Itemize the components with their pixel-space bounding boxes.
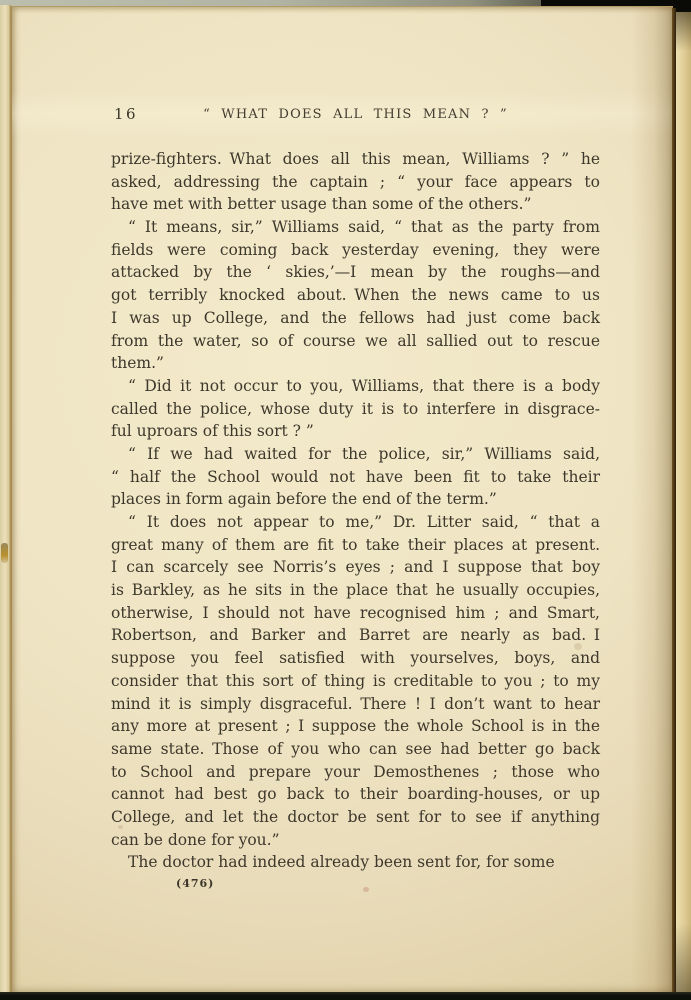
page-edge-notch — [1, 543, 8, 563]
text-line: from the water, so of course we all sall… — [111, 330, 600, 353]
text-line: asked, addressing the captain ; “ your f… — [111, 171, 600, 194]
text-line: attacked by the ‘ skies,’—I mean by the … — [111, 261, 600, 284]
text-line: “ half the School would not have been fi… — [111, 466, 600, 489]
text-line: called the police, whose duty it is to i… — [111, 398, 600, 421]
text-line: consider that this sort of thing is cred… — [111, 670, 600, 693]
text-line: got terribly knocked about. When the new… — [111, 284, 600, 307]
text-line: suppose you feel satisfied with yourselv… — [111, 647, 600, 670]
scan-background-bottom — [0, 992, 691, 1000]
text-line: to School and prepare your Demosthenes ;… — [111, 761, 600, 784]
text-line: “ Did it not occur to you, Williams, tha… — [111, 375, 600, 398]
book-page: 16 “ WHAT DOES ALL THIS MEAN ? ” prize-f… — [11, 6, 673, 994]
text-line: College, and let the doctor be sent for … — [111, 806, 600, 829]
text-line: cannot had best go back to their boardin… — [111, 783, 600, 806]
paper-speck — [363, 887, 369, 892]
text-line: them.” — [111, 352, 600, 375]
text-line: “ If we had waited for the police, sir,”… — [111, 443, 600, 466]
text-line: The doctor had indeed already been sent … — [111, 851, 600, 874]
running-header: “ WHAT DOES ALL THIS MEAN ? ” — [111, 107, 600, 122]
text-line: have met with better usage than some of … — [111, 193, 600, 216]
paper-speck — [574, 643, 582, 650]
text-line: ful uproars of this sort ? ” — [111, 420, 600, 443]
text-line: can be done for you.” — [111, 829, 600, 852]
text-line: I can scarcely see Norris’s eyes ; and I… — [111, 556, 600, 579]
book-scan: 16 “ WHAT DOES ALL THIS MEAN ? ” prize-f… — [0, 0, 691, 1000]
text-line: “ It does not appear to me,” Dr. Litter … — [111, 511, 600, 534]
text-line: is Barkley, as he sits in the place that… — [111, 579, 600, 602]
text-line: Robertson, and Barker and Barret are nea… — [111, 624, 600, 647]
text-line: same state. Those of you who can see had… — [111, 738, 600, 761]
text-line: prize-fighters. What does all this mean,… — [111, 148, 600, 171]
text-line: “ It means, sir,” Williams said, “ that … — [111, 216, 600, 239]
adjacent-page-edge — [676, 12, 691, 992]
text-block: prize-fighters. What does all this mean,… — [111, 148, 600, 874]
paper-speck — [118, 825, 123, 829]
text-line: any more at present ; I suppose the whol… — [111, 715, 600, 738]
text-line: places in form again before the end of t… — [111, 488, 600, 511]
text-line: mind it is simply disgraceful. There ! I… — [111, 693, 600, 716]
page-edge-left — [0, 5, 11, 993]
text-line: I was up College, and the fellows had ju… — [111, 307, 600, 330]
text-line: otherwise, I should not have recognised … — [111, 602, 600, 625]
footer-signature: (476) — [176, 877, 214, 890]
text-line: great many of them are fit to take their… — [111, 534, 600, 557]
text-line: fields were coming back yesterday evenin… — [111, 239, 600, 262]
